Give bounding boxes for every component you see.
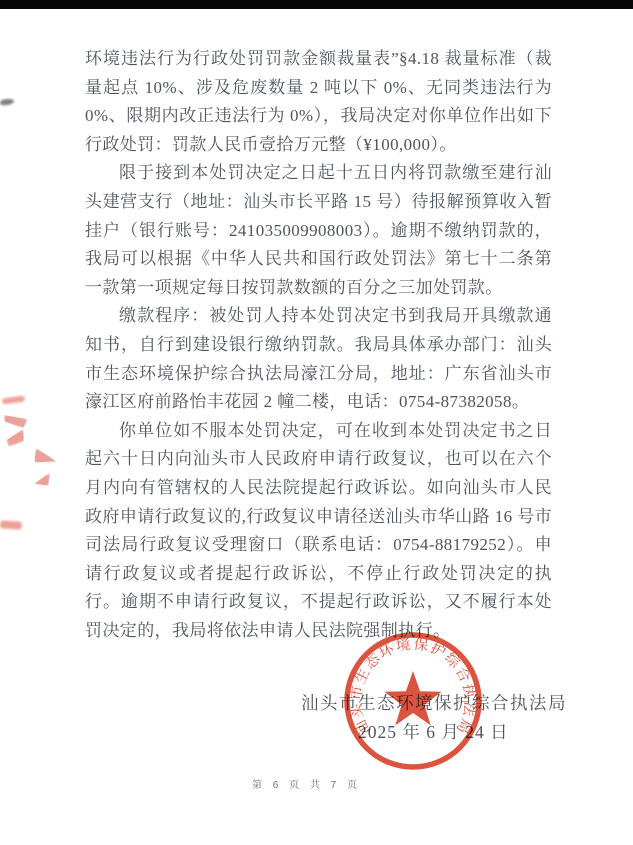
edge-seal-fragment	[0, 520, 22, 530]
seal-star-icon	[384, 671, 441, 725]
page-number-footer: 第 6 页 共 7 页	[0, 776, 613, 791]
edge-seal-fragment	[30, 448, 58, 471]
paragraph-penalty-decision: 环境违法行为行政处罚罚款金额裁量表”§4.18 裁量标准（裁量起点 10%、涉及…	[85, 45, 552, 159]
edge-seal-fragment	[2, 413, 28, 429]
document-body: 环境违法行为行政处罚罚款金额裁量表”§4.18 裁量标准（裁量起点 10%、涉及…	[85, 45, 552, 645]
document-page: 环境违法行为行政处罚罚款金额裁量表”§4.18 裁量标准（裁量起点 10%、涉及…	[0, 0, 633, 845]
seal-graphic: 汕头市生态环境保护综合执法局	[338, 626, 488, 776]
paragraph-appeal-rights: 你单位如不服本处罚决定，可在收到本处罚决定书之日起六十日内向汕头市人民政府申请行…	[85, 417, 552, 646]
paragraph-payment-deadline: 限于接到本处罚决定之日起十五日内将罚款缴至建行汕头建营支行（地址：汕头市长平路 …	[85, 159, 552, 302]
paragraph-payment-procedure: 缴款程序：被处罚人持本处罚决定书到我局开具缴款通知书，自行到建设银行缴纳罚款。我…	[85, 302, 552, 416]
official-red-seal: 汕头市生态环境保护综合执法局	[338, 626, 488, 776]
scan-edge-bar	[0, 0, 633, 9]
scan-smudge	[0, 98, 14, 106]
edge-seal-fragment	[5, 429, 28, 447]
edge-seal-fragment	[2, 395, 26, 404]
edge-seal-fragment	[33, 473, 54, 490]
